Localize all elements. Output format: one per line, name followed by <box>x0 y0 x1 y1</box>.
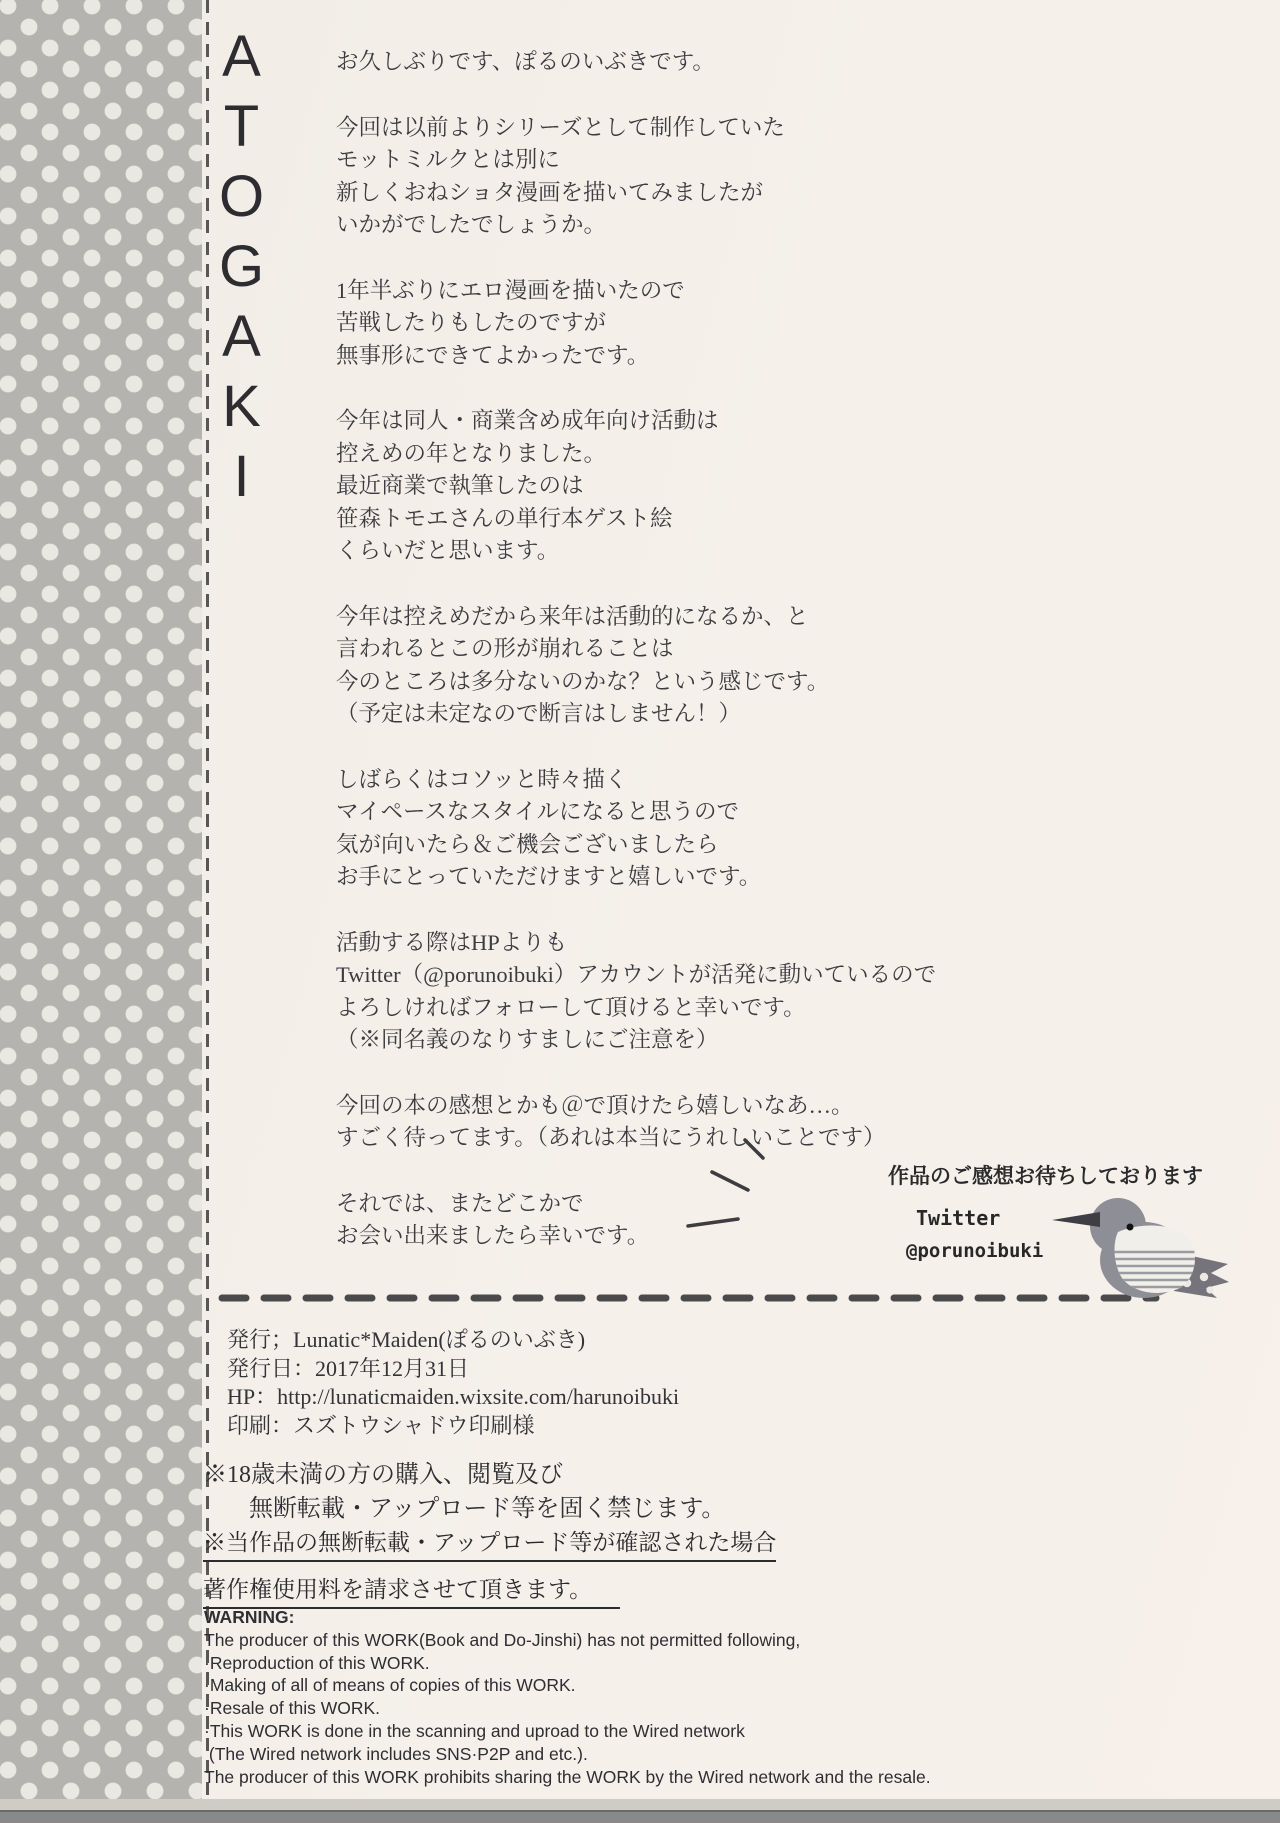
colophon: 発行；Lunatic*Maiden(ぽるのいぶき) 発行日：2017年12月31… <box>227 1326 679 1440</box>
afterword-line: 控えめの年となりました。 <box>336 438 936 471</box>
warning-line: ·Making of all of means of copies of thi… <box>204 1674 931 1697</box>
age-notice-line: ※18歳未満の方の購入、閲覧及び <box>203 1458 725 1492</box>
copyright-notice-line: ※当作品の無断転載・アップロード等が確認された場合 <box>203 1524 776 1562</box>
feedback-callout: 作品のご感想お待ちしております <box>888 1160 1203 1190</box>
warning-line: ·Resale of this WORK. <box>204 1697 931 1720</box>
afterword-line: 1年半ぶりにエロ漫画を描いたので <box>336 275 936 308</box>
afterword-line: よろしければフォローして頂けると幸いです。 <box>336 992 936 1025</box>
warning-line: The producer of this WORK prohibits shar… <box>204 1766 931 1789</box>
afterword-line: 気が向いたら＆ご機会ございましたら <box>336 829 936 862</box>
afterword-paragraph: 1年半ぶりにエロ漫画を描いたので 苦戦したりもしたのですが 無事形にできてよかっ… <box>336 275 936 373</box>
afterword-line: マイペースなスタイルになると思うので <box>336 796 936 829</box>
afterword-line: お手にとっていただけますと嬉しいです。 <box>336 861 936 894</box>
afterword-line: （予定は未定なので断言はしません！） <box>336 698 936 731</box>
afterword-paragraph: 今年は控えめだから来年は活動的になるか、と 言われるとこの形が崩れることは 今の… <box>336 601 936 731</box>
afterword-line: しばらくはコソッと時々描く <box>336 764 936 797</box>
afterword-line: くらいだと思います。 <box>336 535 936 568</box>
afterword-line: 今回の本の感想とかも＠で頂けたら嬉しいなあ…。 <box>336 1090 936 1123</box>
copyright-notice-line: 著作権使用料を請求させて頂きます。 <box>203 1571 620 1609</box>
afterword-line: 今のところは多分ないのかな？という感じです。 <box>336 666 936 699</box>
afterword-line: 今年は同人・商業含め成年向け活動は <box>336 405 936 438</box>
dashed-divider <box>218 1292 1160 1304</box>
colophon-printer: 印刷：スズトウシャドウ印刷様 <box>227 1412 679 1441</box>
afterword-line: 苦戦したりもしたのですが <box>336 307 936 340</box>
afterword-paragraph: 活動する際はHPよりも Twitter（@porunoibuki）アカウントが活… <box>336 927 936 1057</box>
twitter-handle: @porunoibuki <box>906 1240 1043 1262</box>
afterword-paragraph: それでは、またどこかで お会い出来ましたら幸いです。 <box>336 1188 936 1253</box>
afterword-line: 今年は控えめだから来年は活動的になるか、と <box>336 601 936 634</box>
afterword-line: （※同名義のなりすましにご注意を） <box>336 1024 936 1057</box>
afterword-body: お久しぶりです、ぽるのいぶきです。 今回は以前よりシリーズとして制作していた モ… <box>336 46 936 1286</box>
colophon-homepage-url: HP：http://lunaticmaiden.wixsite.com/haru… <box>227 1383 679 1412</box>
afterword-line: すごく待ってます。（あれは本当にうれしいことです） <box>336 1122 936 1155</box>
afterword-line: Twitter（@porunoibuki）アカウントが活発に動いているので <box>336 959 936 992</box>
polka-dot-border <box>0 0 202 1823</box>
age-notice-line: 無断転載・アップロード等を固く禁じます。 <box>203 1492 725 1526</box>
afterword-line: 言われるとこの形が崩れることは <box>336 633 936 666</box>
afterword-line: 笹森トモエさんの単行本ゲスト絵 <box>336 503 936 536</box>
afterword-paragraph: 今年は同人・商業含め成年向け活動は 控えめの年となりました。 最近商業で執筆した… <box>336 405 936 568</box>
afterword-line: お久しぶりです、ぽるのいぶきです。 <box>336 46 936 79</box>
warning-title: WARNING: <box>204 1606 931 1629</box>
emphasis-lines <box>650 1128 775 1240</box>
scan-edge-light <box>0 1799 1280 1810</box>
colophon-date: 発行日：2017年12月31日 <box>227 1355 679 1384</box>
afterword-line: 活動する際はHPよりも <box>336 927 936 960</box>
scanned-afterword-page: ATOGAKI お久しぶりです、ぽるのいぶきです。 今回は以前よりシリーズとして… <box>0 0 1280 1823</box>
scan-edge-dark <box>0 1810 1280 1823</box>
twitter-label: Twitter <box>916 1206 1000 1230</box>
afterword-line: それでは、またどこかで <box>336 1188 936 1221</box>
afterword-line: 新しくおねショタ漫画を描いてみましたが <box>336 177 936 210</box>
afterword-paragraph: 今回は以前よりシリーズとして制作していた モットミルクとは別に 新しくおねショタ… <box>336 112 936 242</box>
afterword-line: いかがでしたでしょうか。 <box>336 209 936 242</box>
age-restriction-notice: ※18歳未満の方の購入、閲覧及び 無断転載・アップロード等を固く禁じます。 <box>203 1458 725 1526</box>
colophon-publisher: 発行；Lunatic*Maiden(ぽるのいぶき) <box>227 1326 679 1355</box>
page-title: ATOGAKI <box>212 24 270 514</box>
afterword-line: 今回は以前よりシリーズとして制作していた <box>336 112 936 145</box>
afterword-paragraph: お久しぶりです、ぽるのいぶきです。 <box>336 46 936 79</box>
warning-line: (The Wired network includes SNS·P2P and … <box>204 1743 931 1766</box>
afterword-paragraph: 今回の本の感想とかも＠で頂けたら嬉しいなあ…。 すごく待ってます。（あれは本当に… <box>336 1090 936 1155</box>
afterword-paragraph: しばらくはコソッと時々描く マイペースなスタイルになると思うので 気が向いたら＆… <box>336 764 936 894</box>
copyright-notice: ※当作品の無断転載・アップロード等が確認された場合 著作権使用料を請求させて頂き… <box>203 1524 776 1618</box>
warning-line: ·Reproduction of this WORK. <box>204 1652 931 1675</box>
afterword-line: モットミルクとは別に <box>336 144 936 177</box>
warning-line: ·This WORK is done in the scanning and u… <box>204 1720 931 1743</box>
afterword-line: 無事形にできてよかったです。 <box>336 340 936 373</box>
english-warning-block: WARNING: The producer of this WORK(Book … <box>204 1606 931 1788</box>
bird-mascot-illustration <box>1048 1194 1232 1304</box>
warning-line: The producer of this WORK(Book and Do-Ji… <box>204 1629 931 1652</box>
afterword-line: 最近商業で執筆したのは <box>336 470 936 503</box>
afterword-line: お会い出来ましたら幸いです。 <box>336 1220 936 1253</box>
